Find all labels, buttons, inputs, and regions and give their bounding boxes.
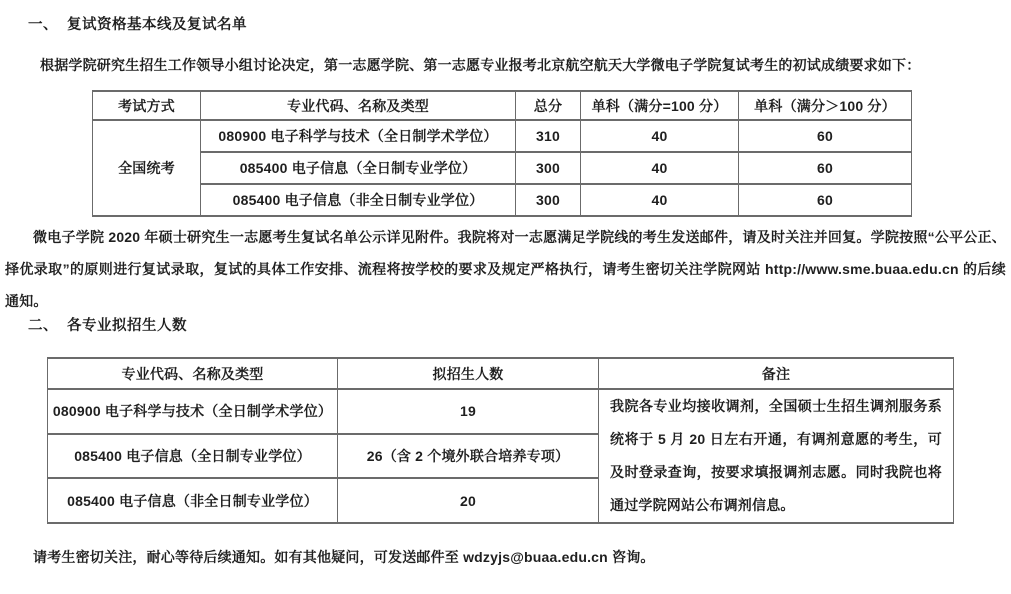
major-cell: 085400 电子信息（非全日制专业学位） bbox=[48, 478, 338, 523]
score-requirements-table: 考试方式 专业代码、名称及类型 总分 单科（满分=100 分） 单科（满分＞10… bbox=[92, 90, 912, 217]
section2-title: 各专业拟招生人数 bbox=[67, 314, 187, 335]
major-cell: 080900 电子科学与技术（全日制学术学位） bbox=[201, 120, 516, 152]
document-page: 一、 复试资格基本线及复试名单 根据学院研究生招生工作领导小组讨论决定，第一志愿… bbox=[0, 0, 1011, 594]
table-header-row: 专业代码、名称及类型 拟招生人数 备注 bbox=[48, 358, 954, 389]
total-score-cell: 300 bbox=[516, 184, 581, 216]
section2-heading: 二、 各专业拟招生人数 bbox=[28, 314, 187, 335]
single-gt100-cell: 60 bbox=[739, 152, 912, 184]
table-row: 085400 电子信息（非全日制专业学位） 300 40 60 bbox=[93, 184, 912, 216]
column-header-single-gt100: 单科（满分＞100 分） bbox=[739, 91, 912, 120]
major-cell: 085400 电子信息（非全日制专业学位） bbox=[201, 184, 516, 216]
column-header-planned-count: 拟招生人数 bbox=[338, 358, 599, 389]
section1-number: 一、 bbox=[28, 13, 58, 34]
table-row: 080900 电子科学与技术（全日制学术学位） 19 我院各专业均接收调剂，全国… bbox=[48, 389, 954, 434]
column-header-total-score: 总分 bbox=[516, 91, 581, 120]
footer-paragraph: 请考生密切关注，耐心等待后续通知。如有其他疑问，可发送邮件至 wdzyjs@bu… bbox=[33, 547, 655, 567]
intro-paragraph: 根据学院研究生招生工作领导小组讨论决定，第一志愿学院、第一志愿专业报考北京航空航… bbox=[40, 55, 920, 75]
enrollment-plan-table: 专业代码、名称及类型 拟招生人数 备注 080900 电子科学与技术（全日制学术… bbox=[47, 357, 954, 524]
column-header-major: 专业代码、名称及类型 bbox=[48, 358, 338, 389]
remark-cell: 我院各专业均接收调剂，全国硕士生招生调剂服务系统将于 5 月 20 日左右开通，… bbox=[599, 389, 954, 523]
section1-heading: 一、 复试资格基本线及复试名单 bbox=[28, 13, 247, 34]
section2-number: 二、 bbox=[28, 314, 58, 335]
single-gt100-cell: 60 bbox=[739, 120, 912, 152]
single-eq100-cell: 40 bbox=[581, 120, 739, 152]
notice-paragraph: 微电子学院 2020 年硕士研究生一志愿考生复试名单公示详见附件。我院将对一志愿… bbox=[5, 221, 1006, 317]
table-row: 全国统考 080900 电子科学与技术（全日制学术学位） 310 40 60 bbox=[93, 120, 912, 152]
total-score-cell: 310 bbox=[516, 120, 581, 152]
total-score-cell: 300 bbox=[516, 152, 581, 184]
major-cell: 085400 电子信息（全日制专业学位） bbox=[48, 434, 338, 479]
single-eq100-cell: 40 bbox=[581, 152, 739, 184]
column-header-single-eq100: 单科（满分=100 分） bbox=[581, 91, 739, 120]
exam-mode-cell: 全国统考 bbox=[93, 120, 201, 216]
column-header-exam-mode: 考试方式 bbox=[93, 91, 201, 120]
section1-title: 复试资格基本线及复试名单 bbox=[67, 13, 247, 34]
column-header-major: 专业代码、名称及类型 bbox=[201, 91, 516, 120]
planned-count-cell: 19 bbox=[338, 389, 599, 434]
table-header-row: 考试方式 专业代码、名称及类型 总分 单科（满分=100 分） 单科（满分＞10… bbox=[93, 91, 912, 120]
single-gt100-cell: 60 bbox=[739, 184, 912, 216]
major-cell: 085400 电子信息（全日制专业学位） bbox=[201, 152, 516, 184]
planned-count-cell: 20 bbox=[338, 478, 599, 523]
major-cell: 080900 电子科学与技术（全日制学术学位） bbox=[48, 389, 338, 434]
single-eq100-cell: 40 bbox=[581, 184, 739, 216]
table-row: 085400 电子信息（全日制专业学位） 300 40 60 bbox=[93, 152, 912, 184]
planned-count-cell: 26（含 2 个境外联合培养专项） bbox=[338, 434, 599, 479]
column-header-remark: 备注 bbox=[599, 358, 954, 389]
